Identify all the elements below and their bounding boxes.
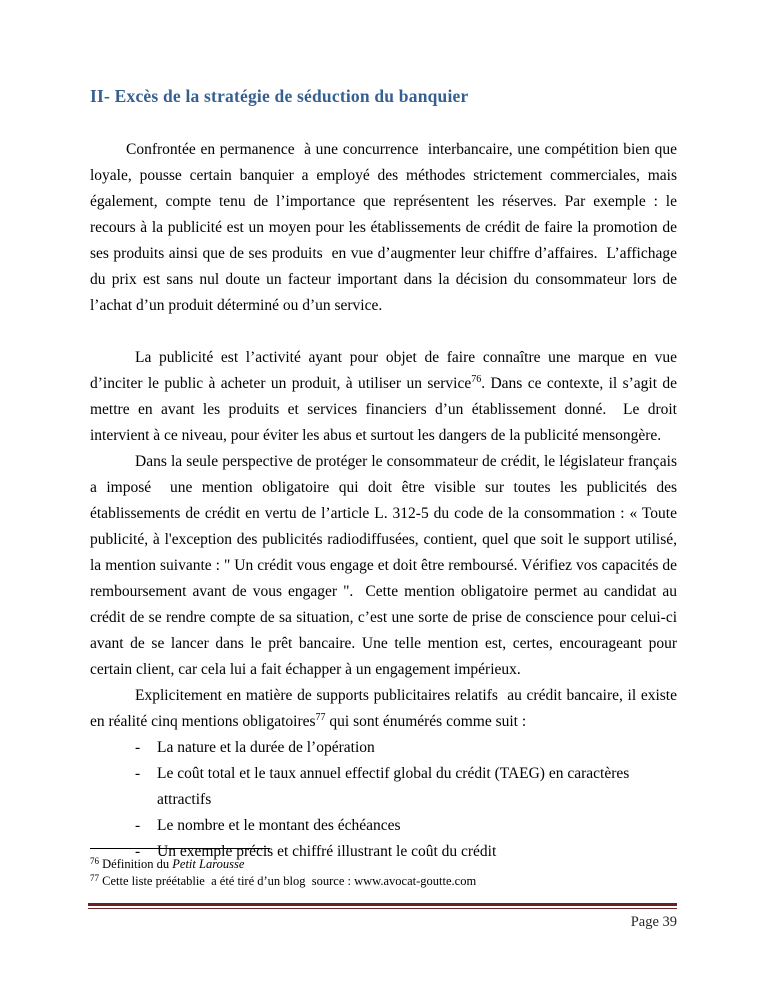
page-footer: Page 39 bbox=[88, 903, 677, 931]
footnote-76: 76 Définition du Petit Larousse bbox=[90, 856, 677, 873]
footnote-separator bbox=[90, 848, 270, 849]
list-item: -Le coût total et le taux annuel effecti… bbox=[135, 761, 677, 813]
list-dash: - bbox=[135, 813, 157, 839]
list-item-text: La nature et la durée de l’opération bbox=[157, 735, 375, 761]
footnote-77: 77 Cette liste préétablie a été tiré d’u… bbox=[90, 873, 677, 890]
document-page: II- Excès de la stratégie de séduction d… bbox=[0, 0, 765, 990]
paragraph-mention-obligatoire: Dans la seule perspective de protéger le… bbox=[90, 449, 677, 683]
footnote-77-number: 77 bbox=[90, 873, 99, 883]
page-number: Page 39 bbox=[88, 914, 677, 931]
footnote-77-text: Cette liste préétablie a été tiré d’un b… bbox=[99, 874, 476, 888]
list-item: -Le nombre et le montant des échéances bbox=[135, 813, 677, 839]
footnote-76-source: Petit Larousse bbox=[172, 857, 244, 871]
footnote-76-number: 76 bbox=[90, 856, 99, 866]
list-item-text: Le nombre et le montant des échéances bbox=[157, 813, 401, 839]
paragraph-intro: Confrontée en permanence à une concurren… bbox=[90, 137, 677, 319]
list-item: -La nature et la durée de l’opération bbox=[135, 735, 677, 761]
footnote-area: 76 Définition du Petit Larousse 77 Cette… bbox=[90, 848, 677, 889]
footnote-ref-77: 77 bbox=[316, 712, 326, 723]
paragraph-cinq-mentions: Explicitement en matière de supports pub… bbox=[90, 683, 677, 735]
list-dash: - bbox=[135, 735, 157, 761]
list-dash: - bbox=[135, 761, 157, 813]
paragraph-publicite-definition: La publicité est l’activité ayant pour o… bbox=[90, 345, 677, 449]
section-heading: II- Excès de la stratégie de séduction d… bbox=[90, 84, 677, 108]
paragraph-4-text-after: qui sont énumérés comme suit : bbox=[326, 713, 527, 730]
list-item-text: Le coût total et le taux annuel effectif… bbox=[157, 761, 677, 813]
footer-rule bbox=[88, 903, 677, 909]
mandatory-mentions-list: -La nature et la durée de l’opération -L… bbox=[135, 735, 677, 865]
footnote-ref-76: 76 bbox=[471, 374, 481, 385]
footnote-76-text: Définition du bbox=[99, 857, 172, 871]
